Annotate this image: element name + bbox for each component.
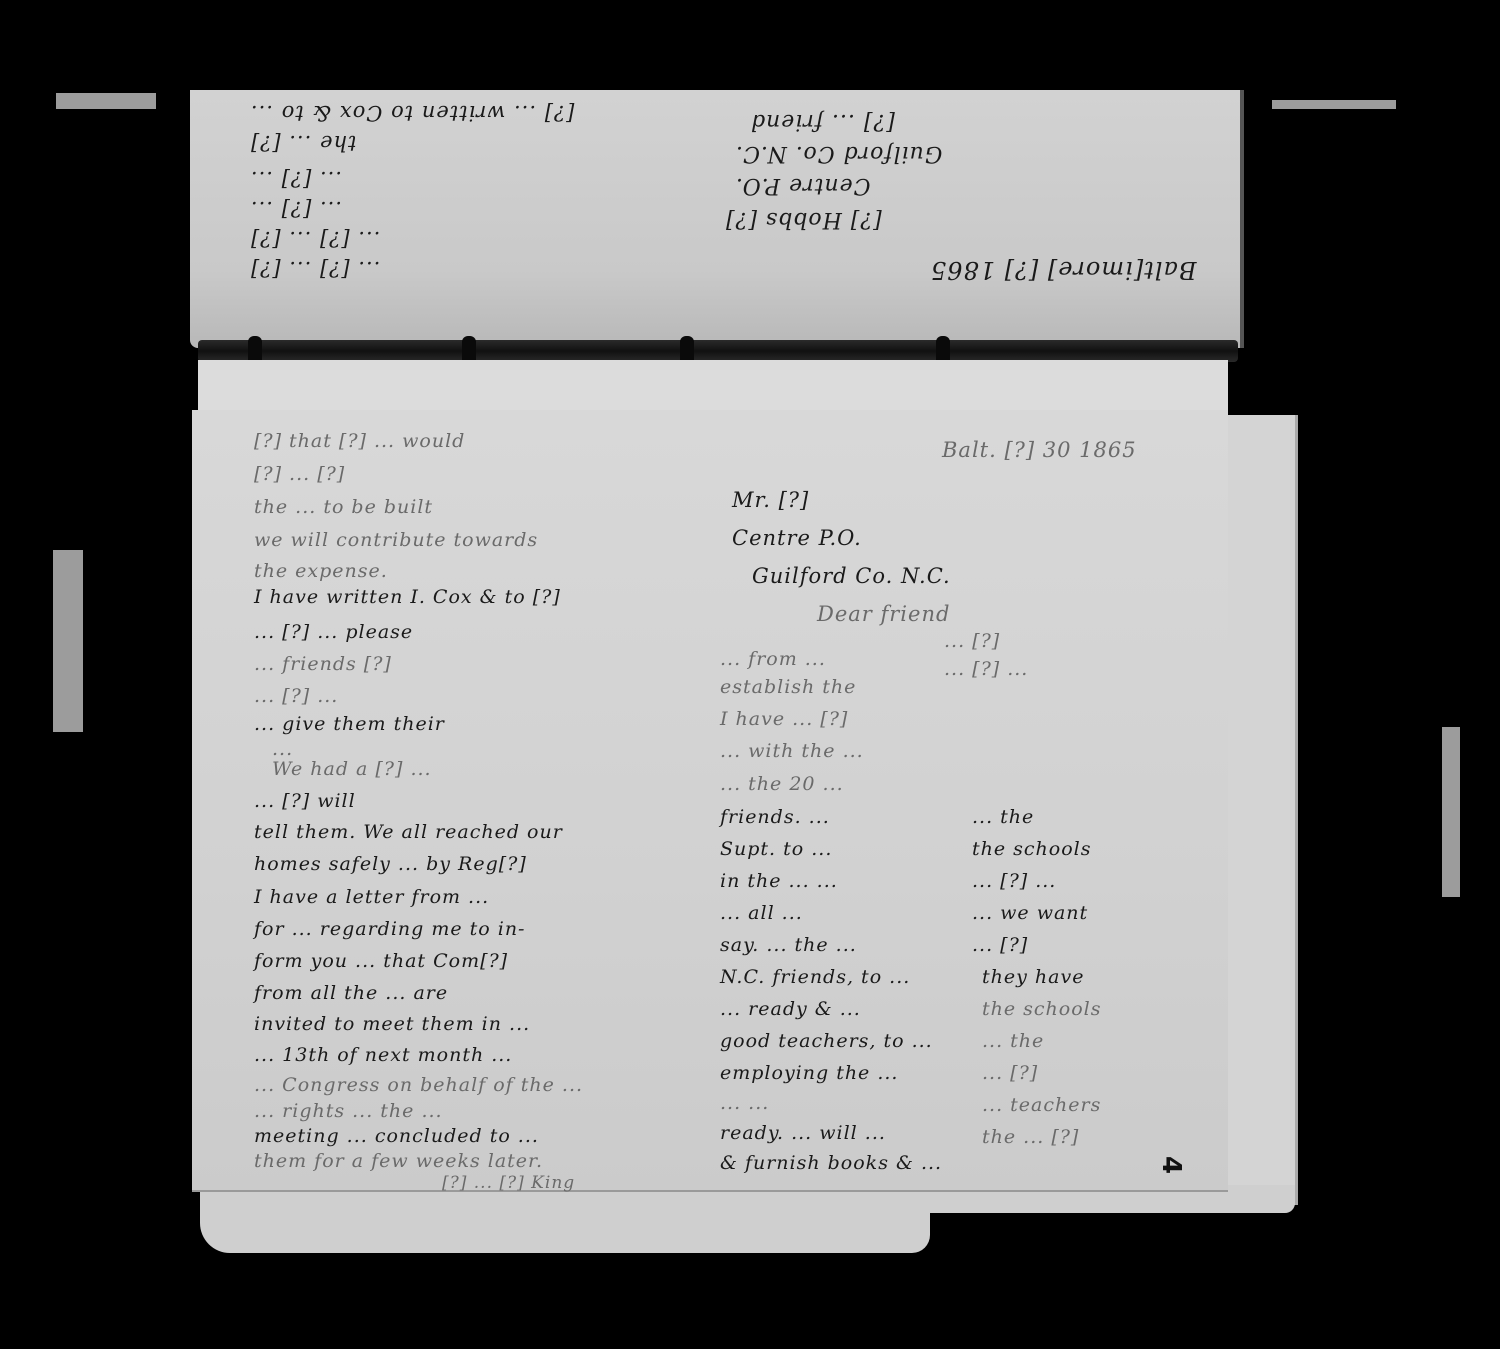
folder-tab-bottom <box>200 1185 930 1253</box>
middle-col-line: ... all ... <box>720 904 803 923</box>
top-fold-dateline: Balt[imore] [?] 1865 <box>930 258 1196 282</box>
left-col-line: invited to meet them in ... <box>254 1015 530 1034</box>
left-col-line: them for a few weeks later. <box>254 1152 543 1171</box>
middle-col-line: ... the 20 ... <box>720 775 844 794</box>
right-col-line: the ... [?] <box>982 1128 1079 1147</box>
middle-col-line: say. ... the ... <box>720 936 857 955</box>
top-fold-address: Guilford Co. N.C. <box>735 142 942 164</box>
top-fold-address: [?] Hobbs [?] <box>725 208 882 230</box>
top-fold-line: ... [?] ... <box>250 198 342 219</box>
signature: [?] ... [?] King <box>442 1175 575 1192</box>
right-col-line: ... [?] ... <box>944 660 1028 679</box>
left-col-line: [?] that [?] ... would <box>254 432 465 451</box>
right-col-line: ... the <box>972 808 1034 827</box>
scan-edge-strip-right <box>1442 727 1460 897</box>
left-col-line: I have written I. Cox & to [?] <box>254 588 561 607</box>
right-col-line: ... [?] <box>944 632 1000 651</box>
right-col-line: ... [?] ... <box>972 872 1056 891</box>
left-col-line: ... <box>272 740 293 759</box>
middle-col-line: ready. ... will ... <box>720 1124 886 1143</box>
middle-col-line: ... ready & ... <box>720 1000 861 1019</box>
top-fold-line: ... [?] ... [?] <box>250 258 380 279</box>
left-col-line: ... rights ... the ... <box>254 1102 443 1121</box>
letter-page: Balt. [?] 30 1865 Mr. [?] Centre P.O. Gu… <box>192 410 1228 1192</box>
right-col-line: the schools <box>972 840 1092 859</box>
middle-col-line: ... with the ... <box>720 742 864 761</box>
right-col-line: ... [?] <box>982 1064 1038 1083</box>
top-fold-line: [?] ... written to Cox & to ... <box>250 102 574 123</box>
scan-edge-strip-top-left <box>56 93 156 109</box>
top-fold-address: [?] ... friend <box>750 110 895 132</box>
right-col-line: ... the <box>982 1032 1044 1051</box>
right-col-line: they have <box>982 968 1084 987</box>
left-col-line: for ... regarding me to in- <box>254 920 525 939</box>
left-col-line: we will contribute towards <box>254 531 538 550</box>
middle-col-line: ... ... <box>720 1094 769 1113</box>
binding-thread <box>198 340 1238 362</box>
right-backing-sheet <box>1225 415 1298 1205</box>
middle-col-line: ... from ... <box>720 650 826 669</box>
left-col-line: ... 13th of next month ... <box>254 1046 512 1065</box>
left-col-line: ... [?] ... <box>254 687 338 706</box>
right-col-line: ... we want <box>972 904 1088 923</box>
salutation: Dear friend <box>817 604 950 625</box>
left-col-line: homes safely ... by Reg[?] <box>254 855 527 874</box>
middle-col-line: establish the <box>720 678 856 697</box>
dateline: Balt. [?] 30 1865 <box>942 440 1137 461</box>
left-col-line: ... Congress on behalf of the ... <box>254 1076 583 1095</box>
middle-col-line: & furnish books & ... <box>720 1154 942 1173</box>
left-col-line: meeting ... concluded to ... <box>254 1127 539 1146</box>
left-col-line: ... [?] will <box>254 792 356 811</box>
right-col-line: ... teachers <box>982 1096 1101 1115</box>
middle-col-line: N.C. friends, to ... <box>720 968 910 987</box>
left-col-line: ... [?] ... please <box>254 623 413 642</box>
middle-col-line: Supt. to ... <box>720 840 832 859</box>
left-col-line: form you ... that Com[?] <box>254 952 508 971</box>
address-line: Centre P.O. <box>732 528 862 549</box>
middle-col-line: in the ... ... <box>720 872 838 891</box>
scan-edge-strip-top-right <box>1272 100 1396 109</box>
middle-col-line: employing the ... <box>720 1064 898 1083</box>
top-fold-line: ... [?] ... [?] <box>250 228 380 249</box>
left-col-line: ... give them their <box>254 715 445 734</box>
page-number: 4 <box>1156 1156 1186 1174</box>
left-col-line: the ... to be built <box>254 498 433 517</box>
middle-col-line: good teachers, to ... <box>720 1032 933 1051</box>
middle-col-line: friends. ... <box>720 808 830 827</box>
left-col-line: We had a [?] ... <box>272 760 432 779</box>
left-col-line: ... friends [?] <box>254 655 392 674</box>
right-col-line: ... [?] <box>972 936 1028 955</box>
left-col-line: [?] ... [?] <box>254 465 345 484</box>
top-fold-line: ... [?] ... <box>250 168 342 189</box>
address-line: Guilford Co. N.C. <box>752 566 951 587</box>
left-col-line: from all the ... are <box>254 984 448 1003</box>
left-col-line: I have a letter from ... <box>254 888 489 907</box>
left-col-line: the expense. <box>254 562 388 581</box>
scan-edge-strip-left <box>53 550 83 732</box>
middle-col-line: I have ... [?] <box>720 710 848 729</box>
right-col-line: the schools <box>982 1000 1102 1019</box>
left-col-line: tell them. We all reached our <box>254 823 563 842</box>
top-fold-line: the ... [?] <box>250 132 356 153</box>
top-fold-address: Centre P.O. <box>735 174 870 196</box>
address-line: Mr. [?] <box>732 490 809 511</box>
top-folded-sheet: [?] ... written to Cox & to ... the ... … <box>190 90 1244 348</box>
